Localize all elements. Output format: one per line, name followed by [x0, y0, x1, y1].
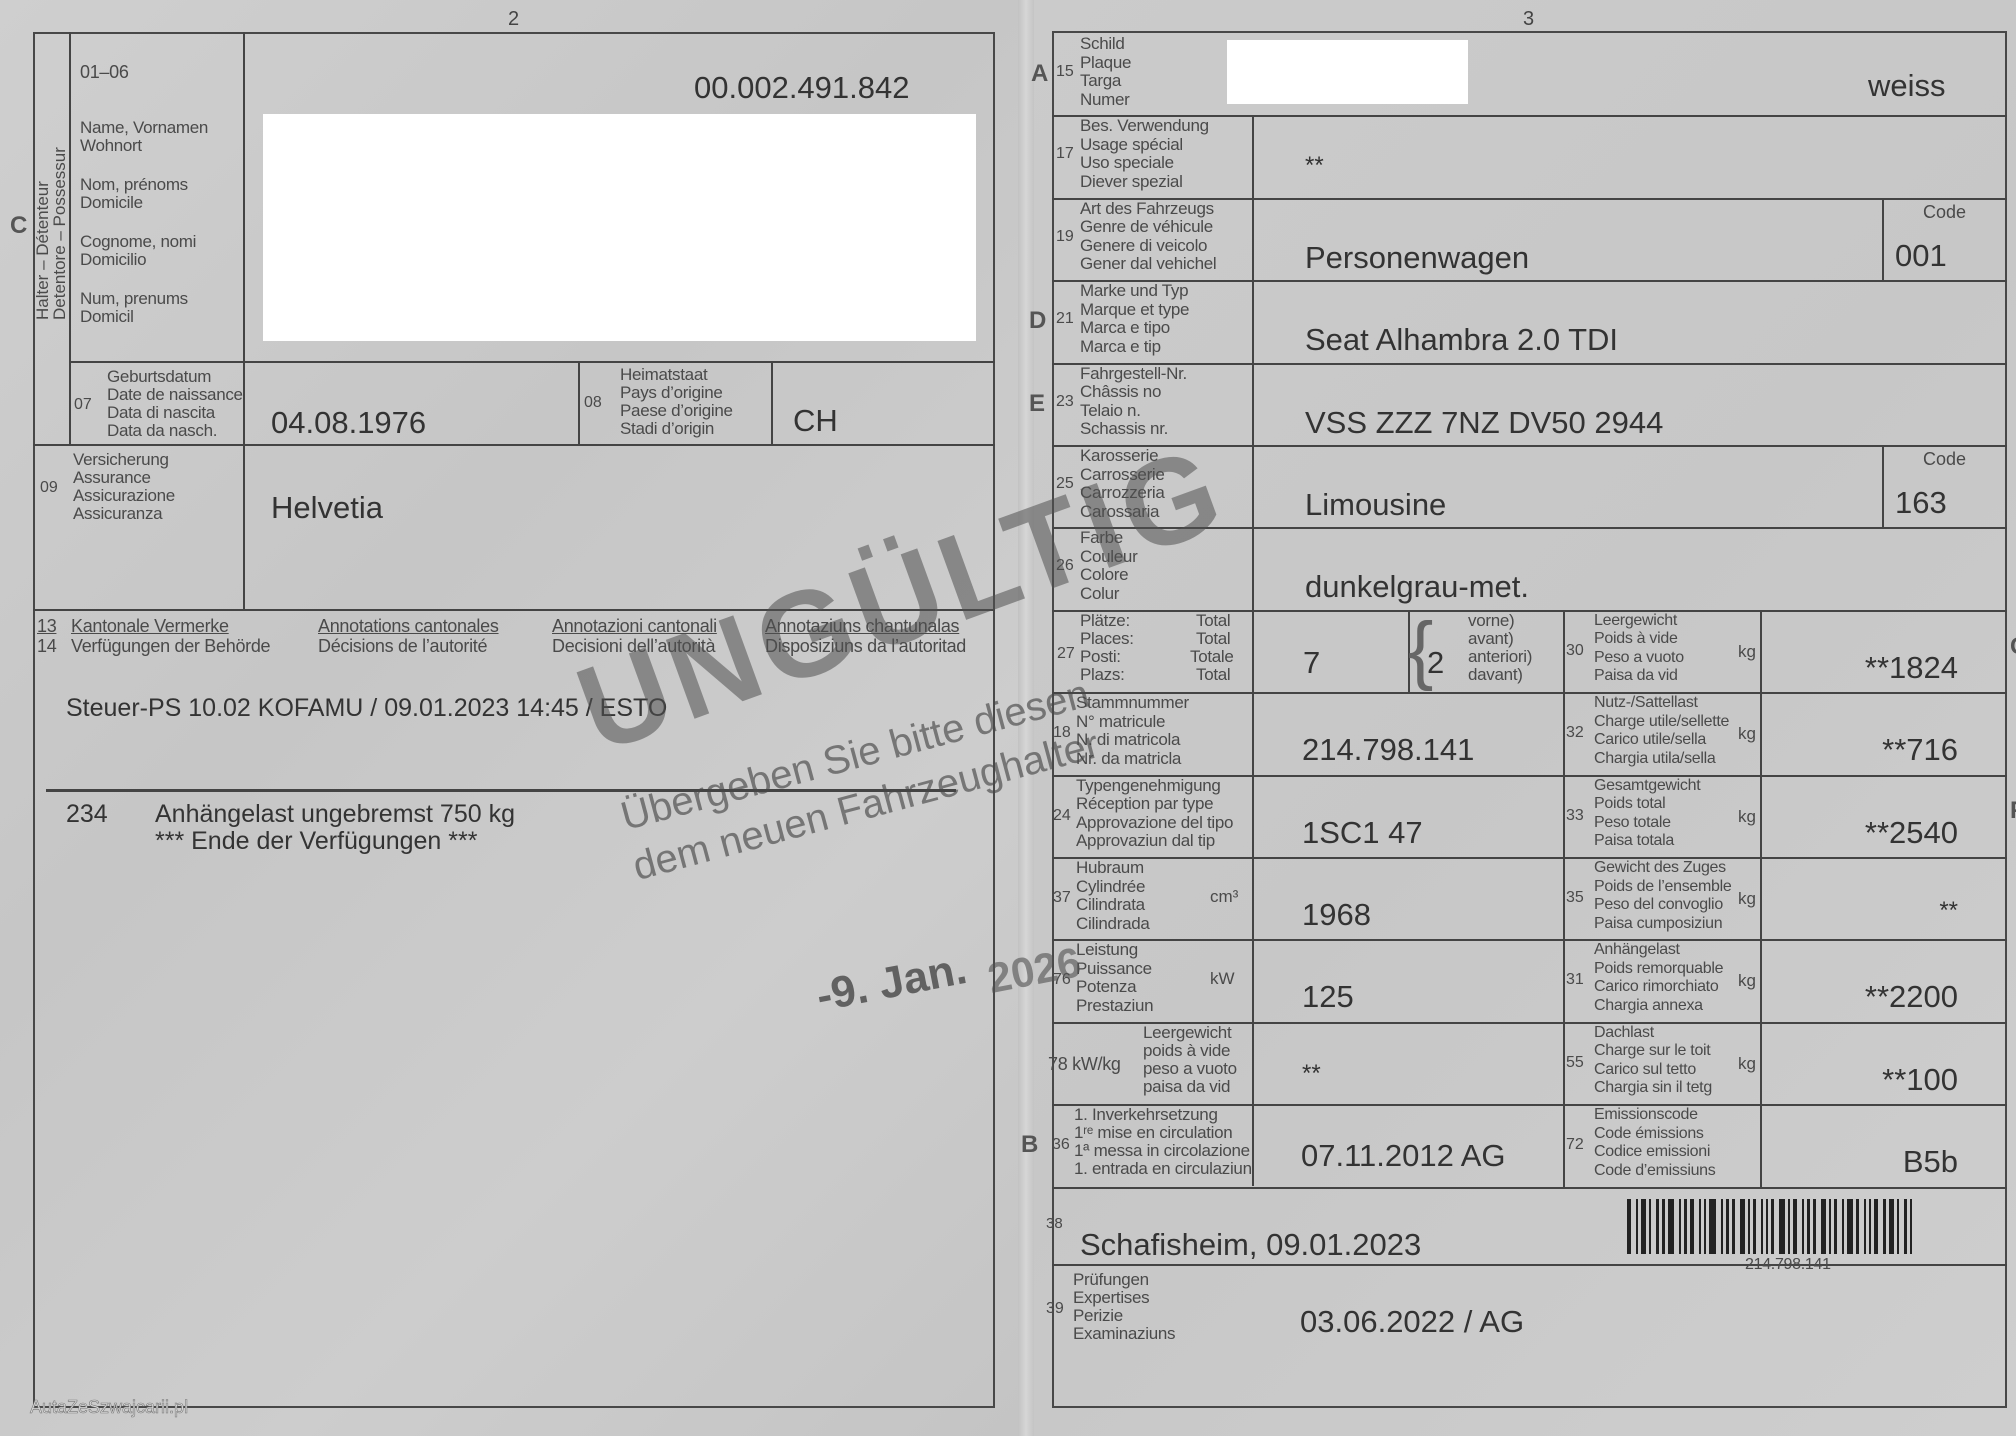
field-label: Code d’emissiuns: [1594, 1162, 1715, 1180]
field-number: 21: [1056, 310, 1074, 328]
field-number: 37: [1053, 889, 1071, 907]
field-label: Carico sul tetto: [1594, 1061, 1696, 1079]
field-label: Gener dal vehichel: [1080, 255, 1216, 273]
field-label: Emissionscode: [1594, 1106, 1698, 1124]
field-label: Poids total: [1594, 795, 1665, 813]
field-label: Chargia annexa: [1594, 997, 1703, 1015]
owner-number: 00.002.491.842: [694, 70, 910, 106]
code-value: 163: [1895, 485, 1947, 521]
field-label: Potenza: [1076, 978, 1136, 996]
field-label: Usage spécial: [1080, 136, 1183, 154]
field-label: Anhängelast: [1594, 941, 1680, 959]
field-label: Marke und Typ: [1080, 282, 1188, 300]
field-number: 17: [1056, 145, 1074, 163]
field-value: Personenwagen: [1305, 240, 1529, 276]
field-label: Genre de véhicule: [1080, 218, 1213, 236]
field-number: 23: [1056, 393, 1074, 411]
field-value: **: [1939, 897, 1958, 925]
field-number: 24: [1053, 807, 1071, 825]
field-value: **2200: [1865, 979, 1958, 1015]
field-label: Chargia utila/sella: [1594, 750, 1715, 768]
field-label: Cilindrata: [1076, 896, 1145, 914]
field-label: Paisa totala: [1594, 832, 1674, 850]
field-label: Dachlast: [1594, 1024, 1654, 1042]
margin-letter-d: D: [1029, 307, 1046, 335]
owner-redacted-box: [263, 114, 976, 341]
margin-letter-f: F: [2010, 797, 2016, 825]
field-label: Telaio n.: [1080, 402, 1141, 420]
field-value: **716: [1882, 732, 1958, 768]
unit-label: kg: [1738, 1054, 1756, 1074]
margin-letter-b: B: [1021, 1131, 1038, 1159]
field-label: Poids remorquable: [1594, 960, 1723, 978]
field-label: Leistung: [1076, 941, 1138, 959]
field-label: Diever spezial: [1080, 173, 1183, 191]
plate-color-value: weiss: [1868, 68, 1946, 104]
origin-value: CH: [793, 403, 838, 439]
page-number-right: 3: [1523, 8, 1534, 31]
field-label: Paisa cumposiziun: [1594, 915, 1722, 933]
power-weight-label: 78 kW/kg: [1048, 1055, 1121, 1073]
field-label: Paisa da vid: [1594, 667, 1678, 685]
condition-code: 234: [66, 800, 108, 829]
margin-letter-a: A: [1031, 60, 1048, 88]
watermark: AutaZeSzwajcarii.pl: [30, 1397, 188, 1418]
field-number: 31: [1566, 971, 1584, 989]
field-number: 32: [1566, 724, 1584, 742]
field-label: Targa: [1080, 72, 1121, 90]
field-label: Cylindrée: [1076, 878, 1145, 896]
unit-label: cm³: [1210, 887, 1238, 907]
field-label: Hubraum: [1076, 859, 1144, 877]
annotations-header-de: Kantonale Vermerke: [71, 617, 229, 635]
unit-label: kg: [1738, 807, 1756, 827]
field-value: Seat Alhambra 2.0 TDI: [1305, 322, 1618, 358]
seats-front-value: 2: [1427, 645, 1444, 681]
field-label: Charge utile/sellette: [1594, 713, 1729, 731]
field-label: Typengenehmigung: [1076, 777, 1221, 795]
field-value: B5b: [1903, 1144, 1958, 1180]
field-label: Peso del convoglio: [1594, 896, 1723, 914]
seats-total-value: 7: [1303, 645, 1320, 681]
margin-letter-c: C: [10, 212, 27, 240]
owner-field-no: 01–06: [80, 63, 129, 81]
field-value: 214.798.141: [1302, 732, 1474, 768]
page-number-left: 2: [508, 8, 519, 31]
field-label: Gesamtgewicht: [1594, 777, 1700, 795]
field-value: dunkelgrau-met.: [1305, 569, 1529, 605]
field-value: Limousine: [1305, 487, 1446, 523]
field-label: Puissance: [1076, 960, 1152, 978]
field-label: Peso totale: [1594, 814, 1671, 832]
code-header: Code: [1923, 449, 1966, 470]
field-number: 35: [1566, 889, 1584, 907]
margin-letter-e: E: [1029, 390, 1045, 418]
field-number: 19: [1056, 228, 1074, 246]
condition-text: Anhängelast ungebremst 750 kg: [155, 800, 515, 829]
unit-label: kW: [1210, 969, 1235, 989]
field-label: Approvazione del tipo: [1076, 814, 1233, 832]
barcode: [1627, 1199, 1968, 1254]
field-label: Réception par type: [1076, 795, 1213, 813]
field-number: 72: [1566, 1136, 1584, 1154]
field-label: Prestaziun: [1076, 997, 1153, 1015]
unit-label: kg: [1738, 642, 1756, 662]
field-label: Nutz-/Sattellast: [1594, 694, 1698, 712]
field-label: Uso speciale: [1080, 154, 1174, 172]
field-label: Marca e tipo: [1080, 319, 1170, 337]
field-label: Châssis no: [1080, 383, 1161, 401]
code-value: 001: [1895, 238, 1947, 274]
annotation-line: Steuer-PS 10.02 KOFAMU / 09.01.2023 14:4…: [66, 694, 667, 723]
insurance-value: Helvetia: [271, 490, 383, 526]
field-label: Code émissions: [1594, 1125, 1704, 1143]
field-number: 30: [1566, 642, 1584, 660]
barcode-text: 214.798.141: [1745, 1256, 1831, 1274]
field-label: Chargia sin il tetg: [1594, 1079, 1712, 1097]
field-number: 55: [1566, 1054, 1584, 1072]
field-value: **: [1305, 152, 1324, 180]
field-value: **100: [1882, 1062, 1958, 1098]
field-label: Poids de l’ensemble: [1594, 878, 1732, 896]
field-label: Cilindrada: [1076, 915, 1150, 933]
field-label: Marque et type: [1080, 301, 1189, 319]
power-weight-value: **: [1302, 1060, 1321, 1088]
inspections-value: 03.06.2022 / AG: [1300, 1304, 1524, 1340]
field-value: **2540: [1865, 815, 1958, 851]
annotations-header-fr: Annotations cantonales: [318, 617, 499, 635]
issue-place-date: Schafisheim, 09.01.2023: [1080, 1227, 1421, 1263]
margin-letter-g: G: [2010, 633, 2016, 661]
unit-label: kg: [1738, 971, 1756, 991]
first-registration-value: 07.11.2012 AG: [1301, 1138, 1506, 1174]
field-label: Gewicht des Zuges: [1594, 859, 1726, 877]
field-label: Bes. Verwendung: [1080, 117, 1209, 135]
field-number: 15: [1056, 63, 1074, 81]
field-label: Poids à vide: [1594, 630, 1678, 648]
field-label: Schild: [1080, 35, 1125, 53]
field-label: Codice emissioni: [1594, 1143, 1710, 1161]
field-label: Marca e tip: [1080, 338, 1161, 356]
field-value: 1968: [1302, 897, 1371, 933]
conditions-end: *** Ende der Verfügungen ***: [155, 827, 477, 856]
field-label: Plaque: [1080, 54, 1131, 72]
plate-redacted-box: [1227, 40, 1468, 104]
code-header: Code: [1923, 202, 1966, 223]
field-value: 1SC1 47: [1302, 815, 1423, 851]
holder-side-label-2: Detentore – Possessur: [51, 147, 69, 320]
unit-label: kg: [1738, 724, 1756, 744]
field-label: Genere di veicolo: [1080, 237, 1207, 255]
birth-date-value: 04.08.1976: [271, 405, 426, 441]
field-label: Stammnummer: [1076, 694, 1189, 712]
field-label: Peso a vuoto: [1594, 649, 1684, 667]
field-label: Approvaziun dal tip: [1076, 832, 1215, 850]
field-label: Art des Fahrzeugs: [1080, 200, 1214, 218]
field-value: VSS ZZZ 7NZ DV50 2944: [1305, 405, 1663, 441]
field-label: Fahrgestell-Nr.: [1080, 365, 1187, 383]
field-label: Carico utile/sella: [1594, 731, 1706, 749]
field-label: Numer: [1080, 91, 1130, 109]
field-value: **1824: [1865, 650, 1958, 686]
field-label: Leergewicht: [1594, 612, 1677, 630]
field-label: Carico rimorchiato: [1594, 978, 1718, 996]
field-number: 33: [1566, 807, 1584, 825]
field-label: Charge sur le toit: [1594, 1042, 1710, 1060]
unit-label: kg: [1738, 889, 1756, 909]
field-value: 125: [1302, 979, 1354, 1015]
